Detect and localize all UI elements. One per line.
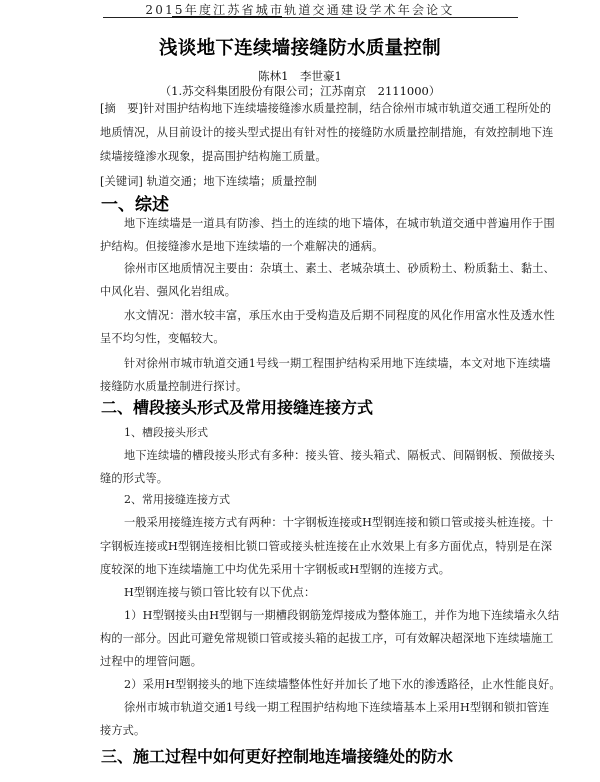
paragraph-line: 徐州市区地质情况主要由：杂填土、素土、老城杂填土、砂质粉土、粉质黏土、黏土、 bbox=[124, 260, 522, 276]
affiliation: （1.苏交科集团股份有限公司；江苏南京 2111000） bbox=[0, 83, 600, 99]
abstract-line: 续墙接缝渗水现象，提高围护结构施工质量。 bbox=[100, 148, 522, 164]
paragraph-line: 构的一部分。因此可避免常规锁口管或接头箱的起拔工序，可有效解决超深地下连续墙施工 bbox=[100, 630, 522, 646]
paragraph-line: 护结构。但接缝渗水是地下连续墙的一个难解决的通病。 bbox=[100, 238, 522, 254]
header-rule-accent bbox=[172, 16, 282, 18]
abstract-line: 地质情况，从目前设计的接头型式提出有针对性的接缝防水质量控制措施，有效控制地下连 bbox=[100, 124, 522, 140]
paragraph-line: 徐州市城市轨道交通1号线一期工程围护结构地下连续墙基本上采用H型钢和锁扣管连 bbox=[124, 699, 522, 715]
paragraph-line: 水文情况：潜水较丰富，承压水由于受构造及后期不同程度的风化作用富水性及透水性 bbox=[124, 307, 522, 323]
section-heading-3: 三、施工过程中如何更好控制地连墙接缝处的防水 bbox=[101, 744, 453, 767]
header-rule bbox=[103, 17, 518, 18]
paragraph-line: 针对徐州市城市轨道交通1号线一期工程围护结构采用地下连续墙，本文对地下连续墙 bbox=[124, 355, 522, 371]
keywords: [关键词] 轨道交通；地下连续墙；质量控制 bbox=[100, 173, 522, 189]
paragraph-line: 字钢板连接或H型钢连接相比锁口管或接头桩连接在止水效果上有多方面优点，特别是在深 bbox=[100, 538, 522, 554]
paragraph-line: 接缝防水质量控制进行探讨。 bbox=[100, 378, 522, 394]
paragraph-line: 地下连续墙的槽段接头形式有多种：接头管、接头箱式、隔板式、间隔钢板、预做接头 bbox=[124, 447, 522, 463]
paragraph-line: 地下连续墙是一道具有防渗、挡土的连续的地下墙体，在城市轨道交通中普遍用作于围 bbox=[124, 215, 522, 231]
abstract-line: [摘 要]针对围护结构地下连续墙接缝渗水质量控制，结合徐州市城市轨道交通工程所处… bbox=[100, 100, 522, 116]
paragraph-line: 接方式。 bbox=[100, 722, 522, 738]
paragraph-line: 度较深的地下连续墙施工中均优先采用十字钢板或H型钢的连接方式。 bbox=[100, 561, 522, 577]
authors: 陈林1 李世豪1 bbox=[0, 68, 600, 84]
section-heading-1: 一、综述 bbox=[101, 190, 169, 215]
paragraph-line: 过程中的埋管问题。 bbox=[100, 653, 522, 669]
section-heading-2: 二、槽段接头形式及常用接缝连接方式 bbox=[101, 395, 373, 418]
paragraph-line: 一般采用接缝连接方式有两种：十字钢板连接或H型钢连接和锁口管或接头桩连接。十 bbox=[124, 514, 522, 530]
paper-title: 浅谈地下连续墙接缝防水质量控制 bbox=[0, 34, 600, 60]
paragraph-line: 缝的形式等。 bbox=[100, 470, 522, 486]
paragraph-line: 2）采用H型钢接头的地下连续墙整体性好并加长了地下水的渗透路径，止水性能良好。 bbox=[124, 676, 522, 692]
paragraph-line: H型钢连接与锁口管比较有以下优点： bbox=[124, 584, 522, 600]
subsection-heading: 1、槽段接头形式 bbox=[124, 424, 208, 440]
subsection-heading: 2、常用接缝连接方式 bbox=[124, 491, 230, 507]
paragraph-line: 中风化岩、强风化岩组成。 bbox=[100, 283, 522, 299]
paragraph-line: 呈不均匀性，变幅较大。 bbox=[100, 330, 522, 346]
paragraph-line: 1）H型钢接头由H型钢与一期槽段钢筋笼焊接成为整体施工，并作为地下连续墙永久结 bbox=[124, 607, 522, 623]
running-header: 2015年度江苏省城市轨道交通建设学术年会论文 bbox=[0, 1, 600, 18]
